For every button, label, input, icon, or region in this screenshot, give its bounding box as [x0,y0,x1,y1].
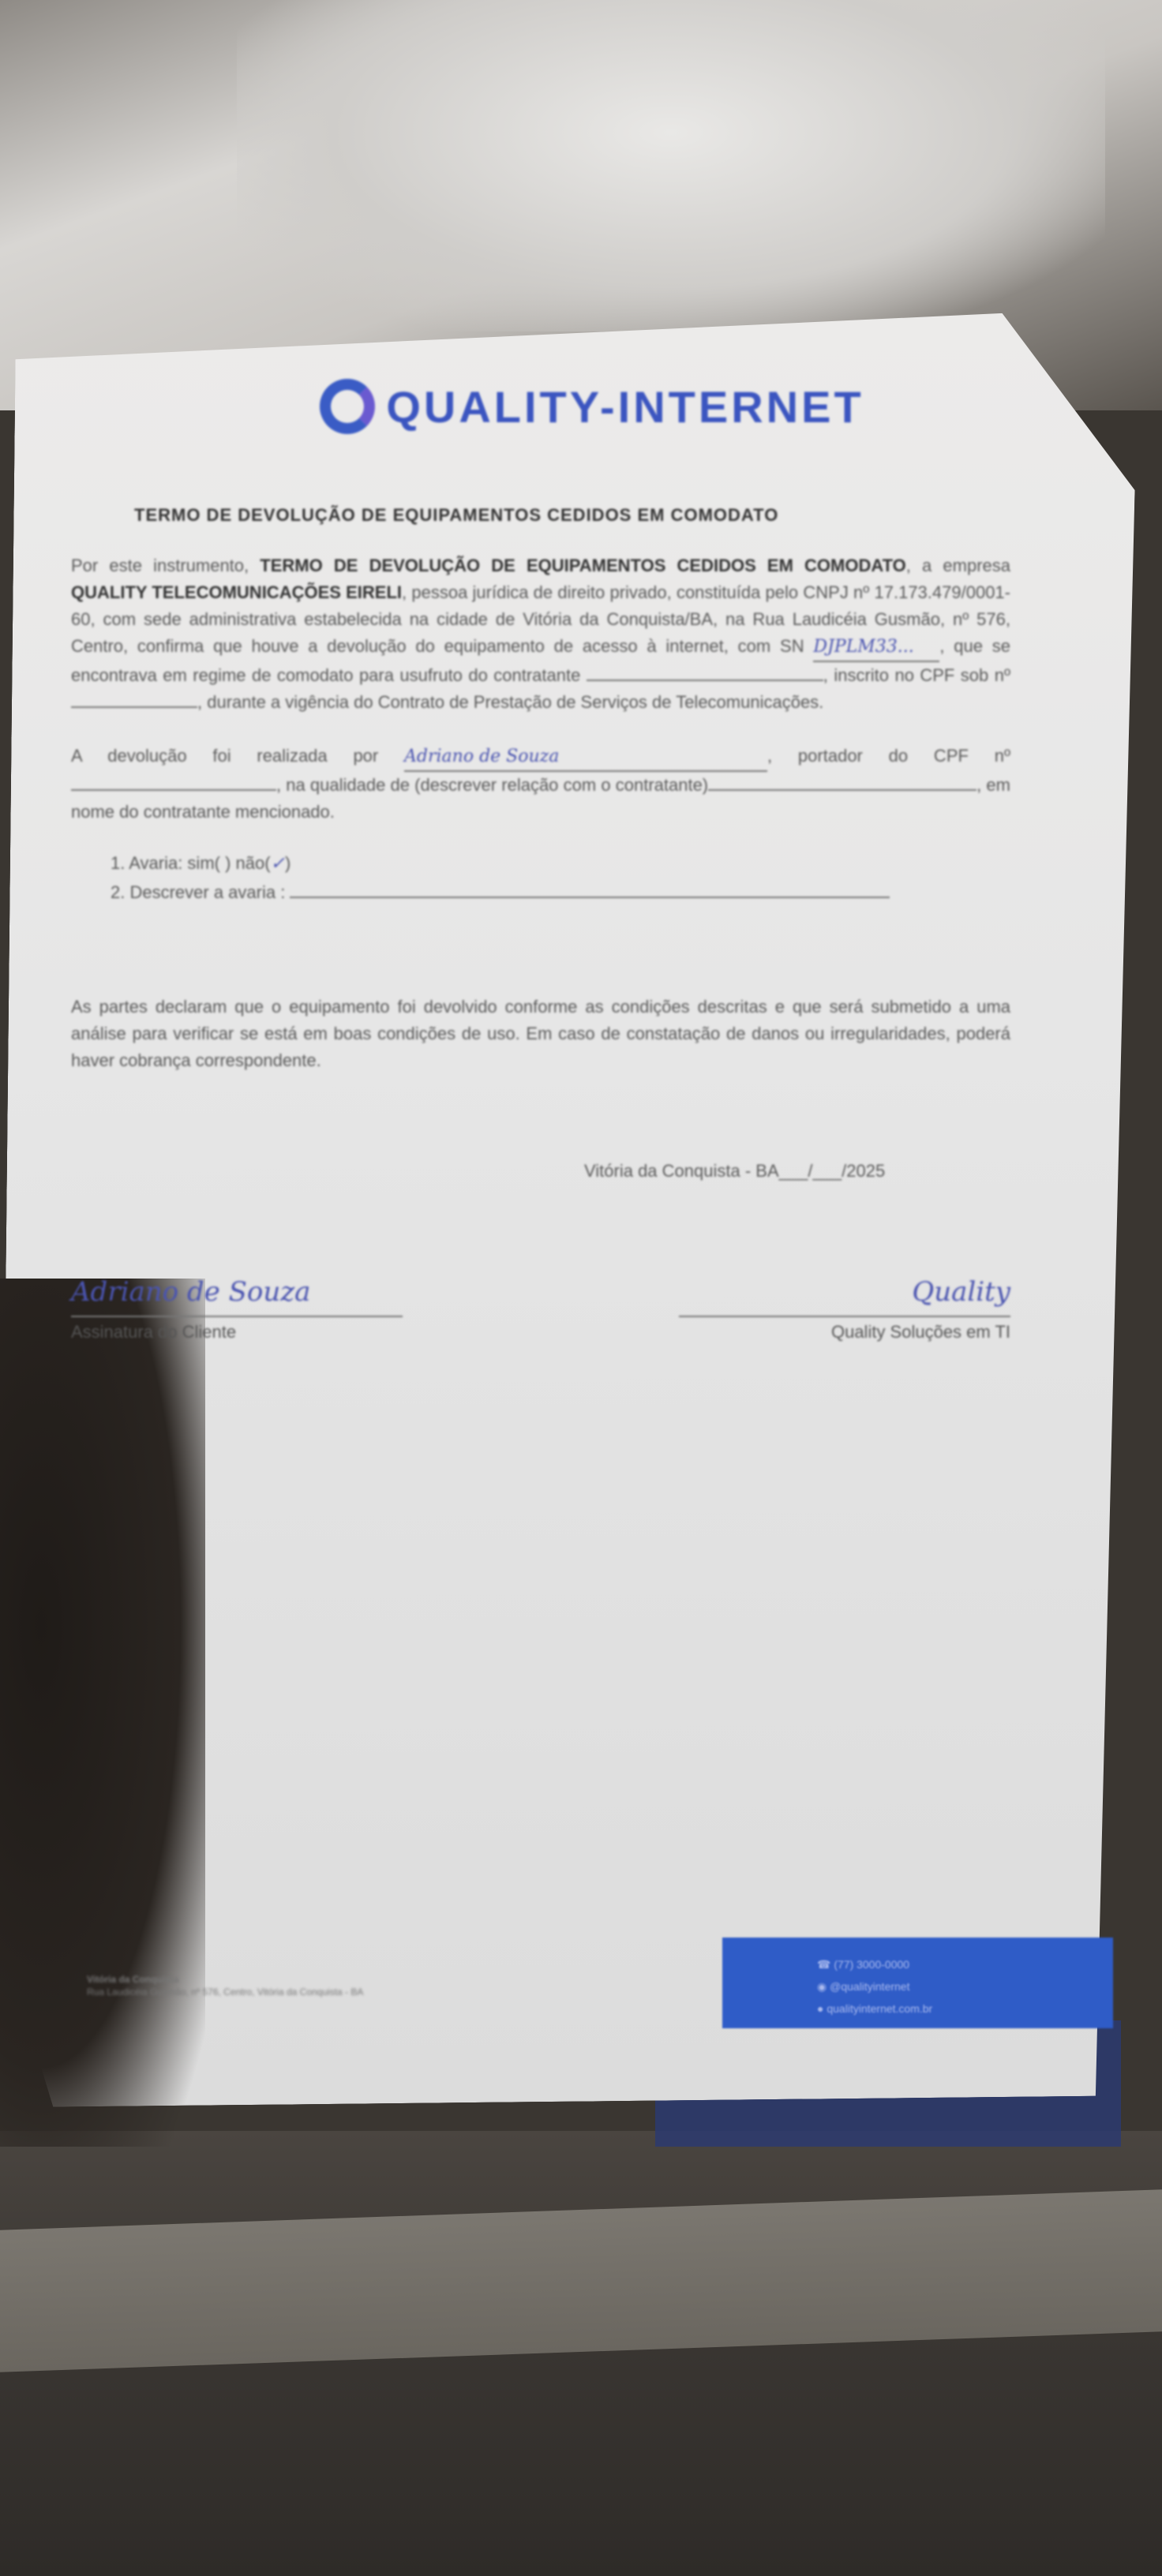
document-title: TERMO DE DEVOLUÇÃO DE EQUIPAMENTOS CEDID… [134,505,1018,526]
place-date: Vitória da Conquista - BA___/___/2025 [584,1161,1018,1181]
footer-website: ● qualityinternet.com.br [817,1998,1113,2020]
footer-city: Vitória da Conquista [87,1974,178,1985]
website-text: qualityinternet.com.br [827,2002,932,2015]
footer-instagram: ◉ @qualityinternet [817,1975,1113,1998]
logo-ring-icon [320,379,375,434]
returner-cpf-field[interactable] [71,789,276,791]
intro-text: Por este instrumento, [71,556,260,575]
client-signature-block: Adriano de Souza Assinatura do Cliente [71,1276,403,1342]
relation-field[interactable] [708,789,976,791]
document: QUALITY-INTERNET TERMO DE DEVOLUÇÃO DE E… [71,363,1018,1342]
intro-bold-title: TERMO DE DEVOLUÇÃO DE EQUIPAMENTOS CEDID… [260,556,905,575]
company-signature-block: Quality Quality Soluções em TI [679,1276,1010,1342]
return-paragraph: A devolução foi realizada por Adriano de… [71,743,1010,826]
intro-text: , inscrito no CPF sob nº [823,665,1010,685]
footer-address: Vitória da Conquista Rua Laudicéia Gusmã… [87,1973,624,1998]
company-signature-label: Quality Soluções em TI [679,1322,1010,1342]
no-damage-check[interactable]: ✓ [271,854,285,874]
damage-label-close: ) [285,853,290,873]
intro-paragraph: Por este instrumento, TERMO DE DEVOLUÇÃO… [71,552,1010,716]
serial-number-field[interactable]: DJPLM33... [813,634,939,662]
footer-contact-box: ☎ (77) 3000-0000 ◉ @qualityinternet ● qu… [722,1938,1113,2028]
brand-logo: QUALITY-INTERNET [166,363,1018,450]
instagram-text: @qualityinternet [830,1980,909,1993]
contratante-field[interactable] [587,680,823,681]
intro-text: , a empresa [906,556,1010,575]
intro-text: , durante a vigência do Contrato de Pres… [197,692,823,712]
return-text: , na qualidade de (descrever relação com… [276,775,708,795]
returned-by-field[interactable]: Adriano de Souza [404,743,767,772]
background-cloth [237,0,1105,331]
company-signature[interactable]: Quality [679,1276,1010,1317]
checklist: 1. Avaria: sim( ) não(✓) 2. Descrever a … [111,849,1018,907]
brand-name: QUALITY-INTERNET [386,381,864,432]
phone-text: (77) 3000-0000 [834,1958,909,1971]
signature-row: Adriano de Souza Assinatura do Cliente Q… [71,1276,1010,1342]
client-signature-label: Assinatura do Cliente [71,1322,403,1342]
damage-item: 1. Avaria: sim( ) não(✓) [111,849,1018,878]
describe-damage-item: 2. Descrever a avaria : [111,878,1018,907]
describe-damage-label: 2. Descrever a avaria : [111,882,285,902]
company-name: QUALITY TELECOMUNICAÇÕES EIRELI [71,582,402,602]
return-text: A devolução foi realizada por [71,746,404,766]
footer-address-text: Rua Laudicéia Gusmão, nº 576, Centro, Vi… [87,1986,624,1998]
shadow [0,1279,205,2147]
return-text: , portador do CPF nº [767,746,1010,766]
cpf-field[interactable] [71,706,197,708]
damage-description-field[interactable] [290,897,890,898]
damage-label: 1. Avaria: sim( ) não( [111,853,271,873]
footer-phone: ☎ (77) 3000-0000 [817,1953,1113,1975]
client-signature[interactable]: Adriano de Souza [71,1276,403,1317]
declaration-paragraph: As partes declaram que o equipamento foi… [71,994,1010,1074]
